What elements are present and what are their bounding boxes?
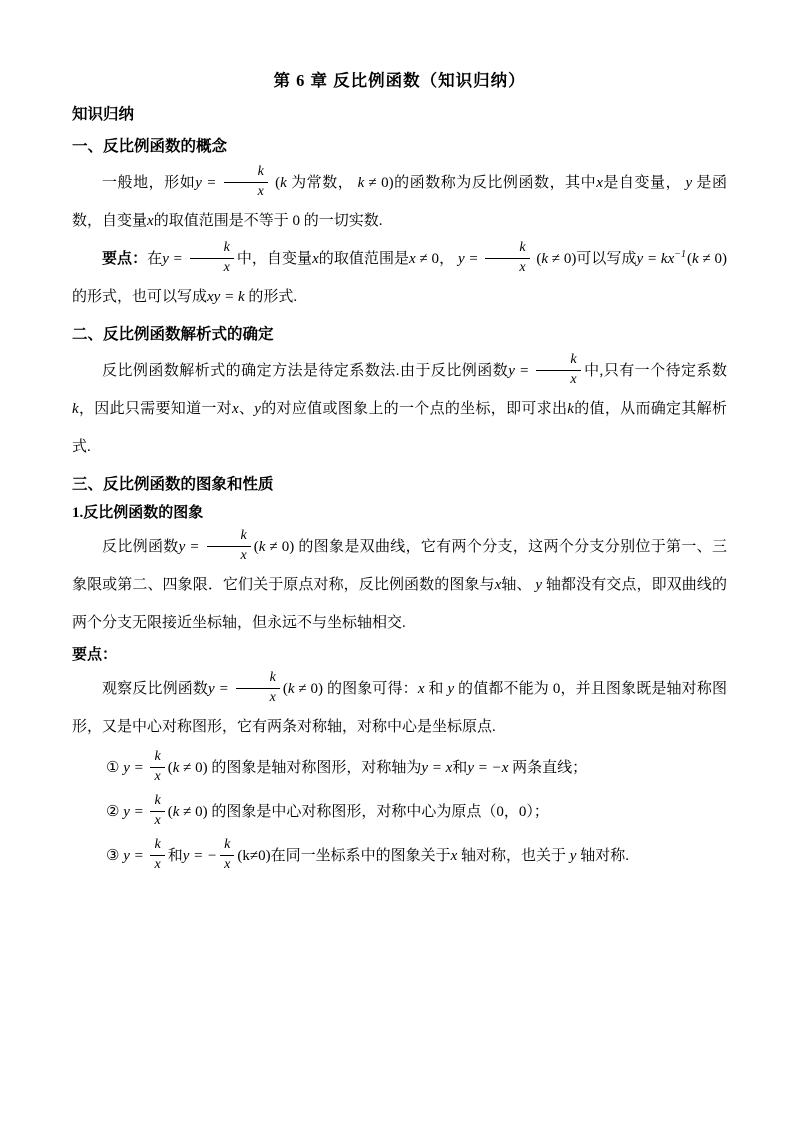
math-fraction: kx	[220, 837, 234, 872]
math-fraction: kx	[150, 837, 164, 872]
heading-knowledge-summary: 知识归纳	[72, 104, 727, 126]
math-fraction: kx	[150, 749, 164, 784]
document-page: 第 6 章 反比例函数（知识归纳） 知识归纳 一、反比例函数的概念 一般地，形如…	[0, 0, 793, 1122]
section-1-heading: 一、反比例函数的概念	[72, 136, 727, 158]
para-graph-description: 反比例函数y = kx(k ≠ 0) 的图象是双曲线，它有两个分支，这两个分支分…	[72, 528, 727, 642]
math-fraction: kx	[224, 164, 268, 199]
math-fraction: kx	[236, 670, 280, 705]
section-2-heading: 二、反比例函数解析式的确定	[72, 324, 727, 346]
keypoints-label: 要点：	[72, 644, 727, 666]
math-fraction: kx	[190, 240, 234, 275]
list-item-1: ① y = kx(k ≠ 0) 的图象是轴对称图形，对称轴为y = x和y = …	[72, 746, 727, 790]
math-fraction: kx	[207, 528, 251, 563]
math-fraction: kx	[536, 352, 580, 387]
math-fraction: kx	[485, 240, 529, 275]
para-determination: 反比例函数解析式的确定方法是待定系数法.由于反比例函数y = kx中,只有一个待…	[72, 352, 727, 466]
document-title: 第 6 章 反比例函数（知识归纳）	[72, 70, 727, 92]
subheading-graph: 1.反比例函数的图象	[72, 502, 727, 524]
section-3-heading: 三、反比例函数的图象和性质	[72, 474, 727, 496]
para-definition: 一般地，形如y = kx (k 为常数， k ≠ 0)的函数称为反比例函数，其中…	[72, 164, 727, 240]
math-fraction: kx	[150, 793, 164, 828]
para-observation: 观察反比例函数y = kx(k ≠ 0) 的图象可得：x 和 y 的值都不能为 …	[72, 670, 727, 746]
list-item-2: ② y = kx(k ≠ 0) 的图象是中心对称图形，对称中心为原点（0，0）；	[72, 790, 727, 834]
list-item-3: ③ y = kx和y = −kx(k≠0)在同一坐标系中的图象关于x 轴对称，也…	[72, 834, 727, 878]
para-keypoint-form: 要点：在y = kx中，自变量x的取值范围是x ≠ 0， y = kx (k ≠…	[72, 240, 727, 316]
